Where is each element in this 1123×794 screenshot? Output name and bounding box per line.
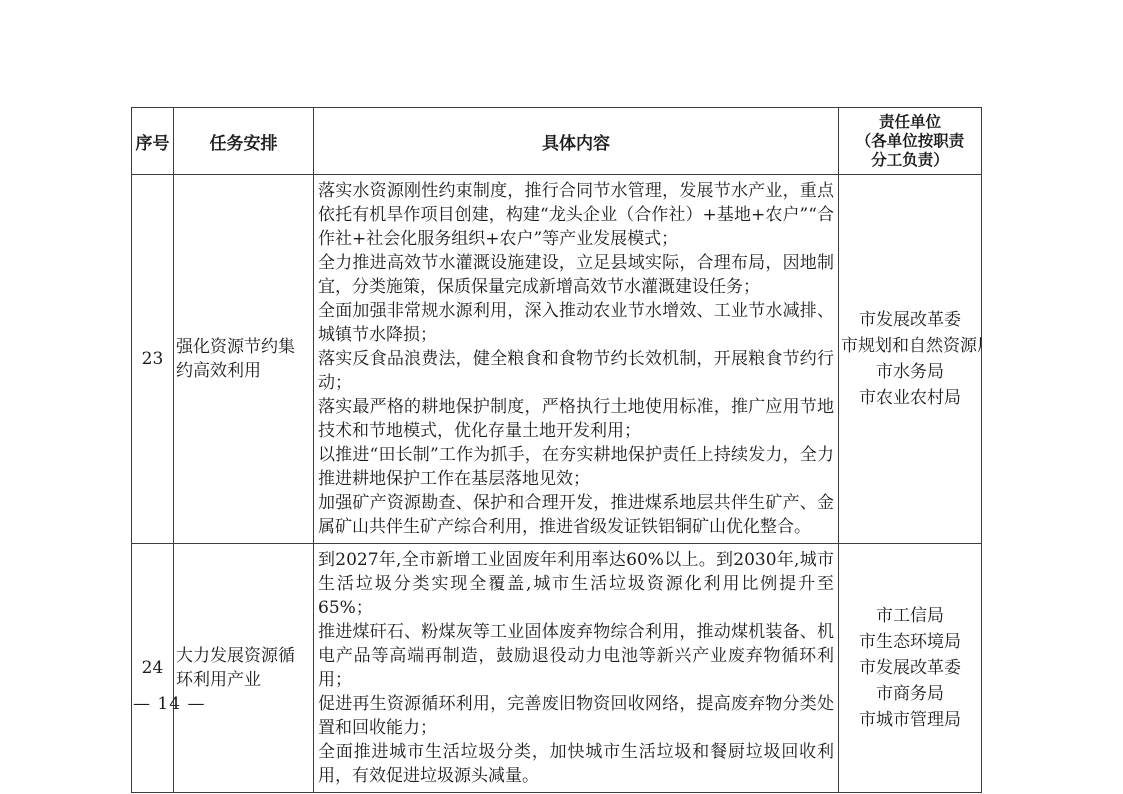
unit-name: 市规划和自然资源局 (841, 333, 979, 359)
content-paragraph: 落实水资源刚性约束制度，推行合同节水管理，发展节水产业，重点依托有机旱作项目创建… (318, 179, 834, 251)
task-table: 序号 任务安排 具体内容 责任单位 （各单位按职责 分工负责） 23 强化资源节… (131, 107, 982, 793)
unit-name: 市水务局 (841, 359, 979, 385)
row-index: 24 (132, 544, 174, 793)
content-paragraph: 落实反食品浪费法，健全粮食和食物节约长效机制，开展粮食节约行动； (318, 347, 834, 395)
header-units: 责任单位 （各单位按职责 分工负责） (839, 108, 982, 175)
header-index: 序号 (132, 108, 174, 175)
content-paragraph: 全面推进城市生活垃圾分类，加快城市生活垃圾和餐厨垃圾回收利用，有效促进垃圾源头减… (318, 740, 834, 788)
unit-name: 市发展改革委 (841, 655, 979, 681)
header-units-line1: 责任单位 (841, 113, 979, 132)
task-name: 大力发展资源循环利用产业 (174, 544, 314, 793)
task-name: 强化资源节约集约高效利用 (174, 175, 314, 544)
table-row: 23 强化资源节约集约高效利用 落实水资源刚性约束制度，推行合同节水管理，发展节… (132, 175, 982, 544)
content-paragraph: 落实最严格的耕地保护制度，严格执行土地使用标准，推广应用节地技术和节地模式，优化… (318, 395, 834, 443)
table-header-row: 序号 任务安排 具体内容 责任单位 （各单位按职责 分工负责） (132, 108, 982, 175)
header-task: 任务安排 (174, 108, 314, 175)
units-cell: 市发展改革委 市规划和自然资源局 市水务局 市农业农村局 (839, 175, 982, 544)
unit-name: 市农业农村局 (841, 385, 979, 411)
content-paragraph: 促进再生资源循环利用，完善废旧物资回收网络，提高废弃物分类处置和回收能力； (318, 692, 834, 740)
header-content: 具体内容 (314, 108, 839, 175)
units-cell: 市工信局 市生态环境局 市发展改革委 市商务局 市城市管理局 (839, 544, 982, 793)
table-row: 24 大力发展资源循环利用产业 到2027年,全市新增工业固废年利用率达60%以… (132, 544, 982, 793)
header-units-line2: （各单位按职责 (841, 132, 979, 151)
unit-name: 市生态环境局 (841, 629, 979, 655)
unit-name: 市工信局 (841, 603, 979, 629)
row-index: 23 (132, 175, 174, 544)
unit-name: 市城市管理局 (841, 707, 979, 733)
content-cell: 到2027年,全市新增工业固废年利用率达60%以上。到2030年,城市生活垃圾分… (314, 544, 839, 793)
unit-name: 市发展改革委 (841, 307, 979, 333)
content-paragraph: 推进煤矸石、粉煤灰等工业固体废弃物综合利用，推动煤机装备、机电产品等高端再制造，… (318, 620, 834, 692)
content-paragraph: 全力推进高效节水灌溉设施建设，立足县域实际，合理布局，因地制宜，分类施策，保质保… (318, 251, 834, 299)
content-cell: 落实水资源刚性约束制度，推行合同节水管理，发展节水产业，重点依托有机旱作项目创建… (314, 175, 839, 544)
document-page: 序号 任务安排 具体内容 责任单位 （各单位按职责 分工负责） 23 强化资源节… (0, 0, 1123, 794)
content-paragraph: 以推进“田长制”工作为抓手，在夯实耕地保护责任上持续发力，全力推进耕地保护工作在… (318, 443, 834, 491)
unit-name: 市商务局 (841, 681, 979, 707)
content-paragraph: 加强矿产资源勘查、保护和合理开发，推进煤系地层共伴生矿产、金属矿山共伴生矿产综合… (318, 491, 834, 539)
header-units-line3: 分工负责） (841, 151, 979, 170)
content-paragraph: 全面加强非常规水源利用，深入推动农业节水增效、工业节水减排、城镇节水降损； (318, 299, 834, 347)
content-paragraph: 到2027年,全市新增工业固废年利用率达60%以上。到2030年,城市生活垃圾分… (318, 548, 834, 620)
page-number: — 14 — (133, 694, 205, 714)
